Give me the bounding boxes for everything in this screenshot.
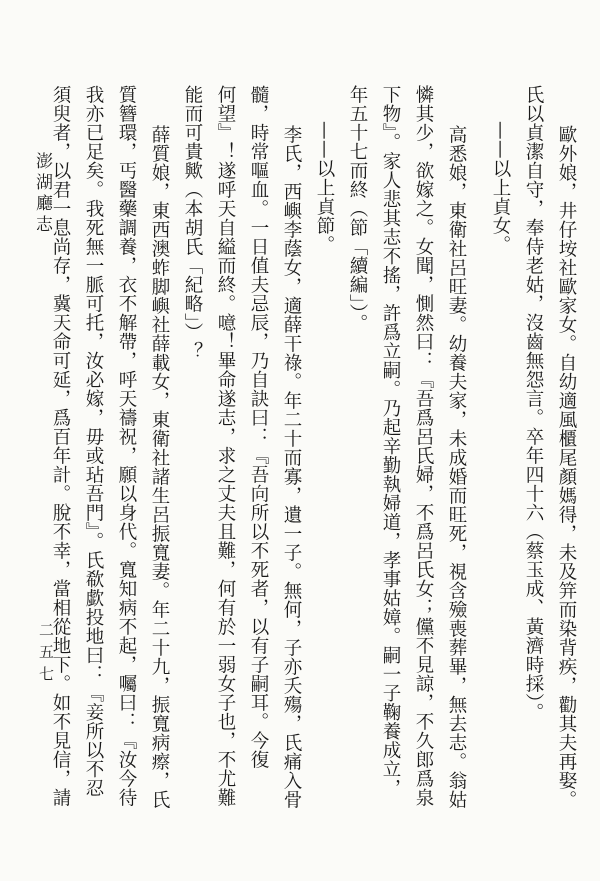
scanned-book-page: 歐外娘，井仔垵社歐家女。自幼適風櫃尾顏媽得，未及笄而染背疾，勸其夫再娶。 氏以貞… xyxy=(0,0,600,881)
book-margin-title: 澎湖廳志 xyxy=(30,152,55,236)
text-column: 我亦已足矣。我死無一脈可托，汝必嫁，毋或玷吾門』。氏欷歔投地曰：『妾所以不忍 xyxy=(77,85,110,809)
text-column: 髓，時常嘔血。一日值夫忌辰，乃自訣曰：『吾向所以不死者，以有子嗣耳。今復 xyxy=(242,85,275,809)
text-column-section-end: ——以上貞節。 xyxy=(308,85,341,809)
text-column: 氏以貞潔自守，奉侍老姑，沒齒無怨言。卒年四十六（蔡玉成、黃濟時採）。 xyxy=(517,85,550,809)
text-column: 高悉娘，東衛社呂旺妻。幼養夫家，未成婚而旺死，視含殮喪葬畢，無去志。翁姑 xyxy=(440,85,473,809)
text-column: 薛質娘，東西澳蚱脚嶼社薛載女，東衛社諸生呂振寬妻。年二十九，振寬病瘵，氏 xyxy=(143,85,176,809)
text-column: 歐外娘，井仔垵社歐家女。自幼適風櫃尾顏媽得，未及笄而染背疾，勸其夫再娶。 xyxy=(550,85,583,809)
page-number: 二五七 xyxy=(36,622,57,688)
text-column: 質簪環，丐醫藥調養，衣不解帶，呼天禱祝，願以身代。寬知病不起，囑曰：『汝今待 xyxy=(110,85,143,809)
text-column-section-end: ——以上貞女。 xyxy=(484,85,517,809)
text-column: 憐其少，欲嫁之。女聞，惻然曰：『吾爲呂氏婦，不爲呂氏女；儻不見諒，不久郎爲泉 xyxy=(407,85,440,809)
text-column: 李氏，西嶼李蔭女，適薛干祿。年二十而寡，遺一子。無何，子亦夭殤，氏痛入骨 xyxy=(275,85,308,809)
text-column: 年五十七而終（節「續編」）。 xyxy=(341,85,374,809)
text-column: 何望』！遂呼天自縊而終。噫！畢命遂志，求之丈夫且難，何有於一弱女子也，不尤難 xyxy=(209,85,242,809)
text-column: 下物』。家人悲其志不搖，許爲立嗣。乃起辛勤執婦道，孝事姑嫜。嗣一子鞠養成立， xyxy=(374,85,407,809)
main-text-block: 歐外娘，井仔垵社歐家女。自幼適風櫃尾顏媽得，未及笄而染背疾，勸其夫再娶。 氏以貞… xyxy=(44,85,583,809)
text-column: 能而可貴歟（本胡氏「紀略」）？ xyxy=(176,85,209,809)
